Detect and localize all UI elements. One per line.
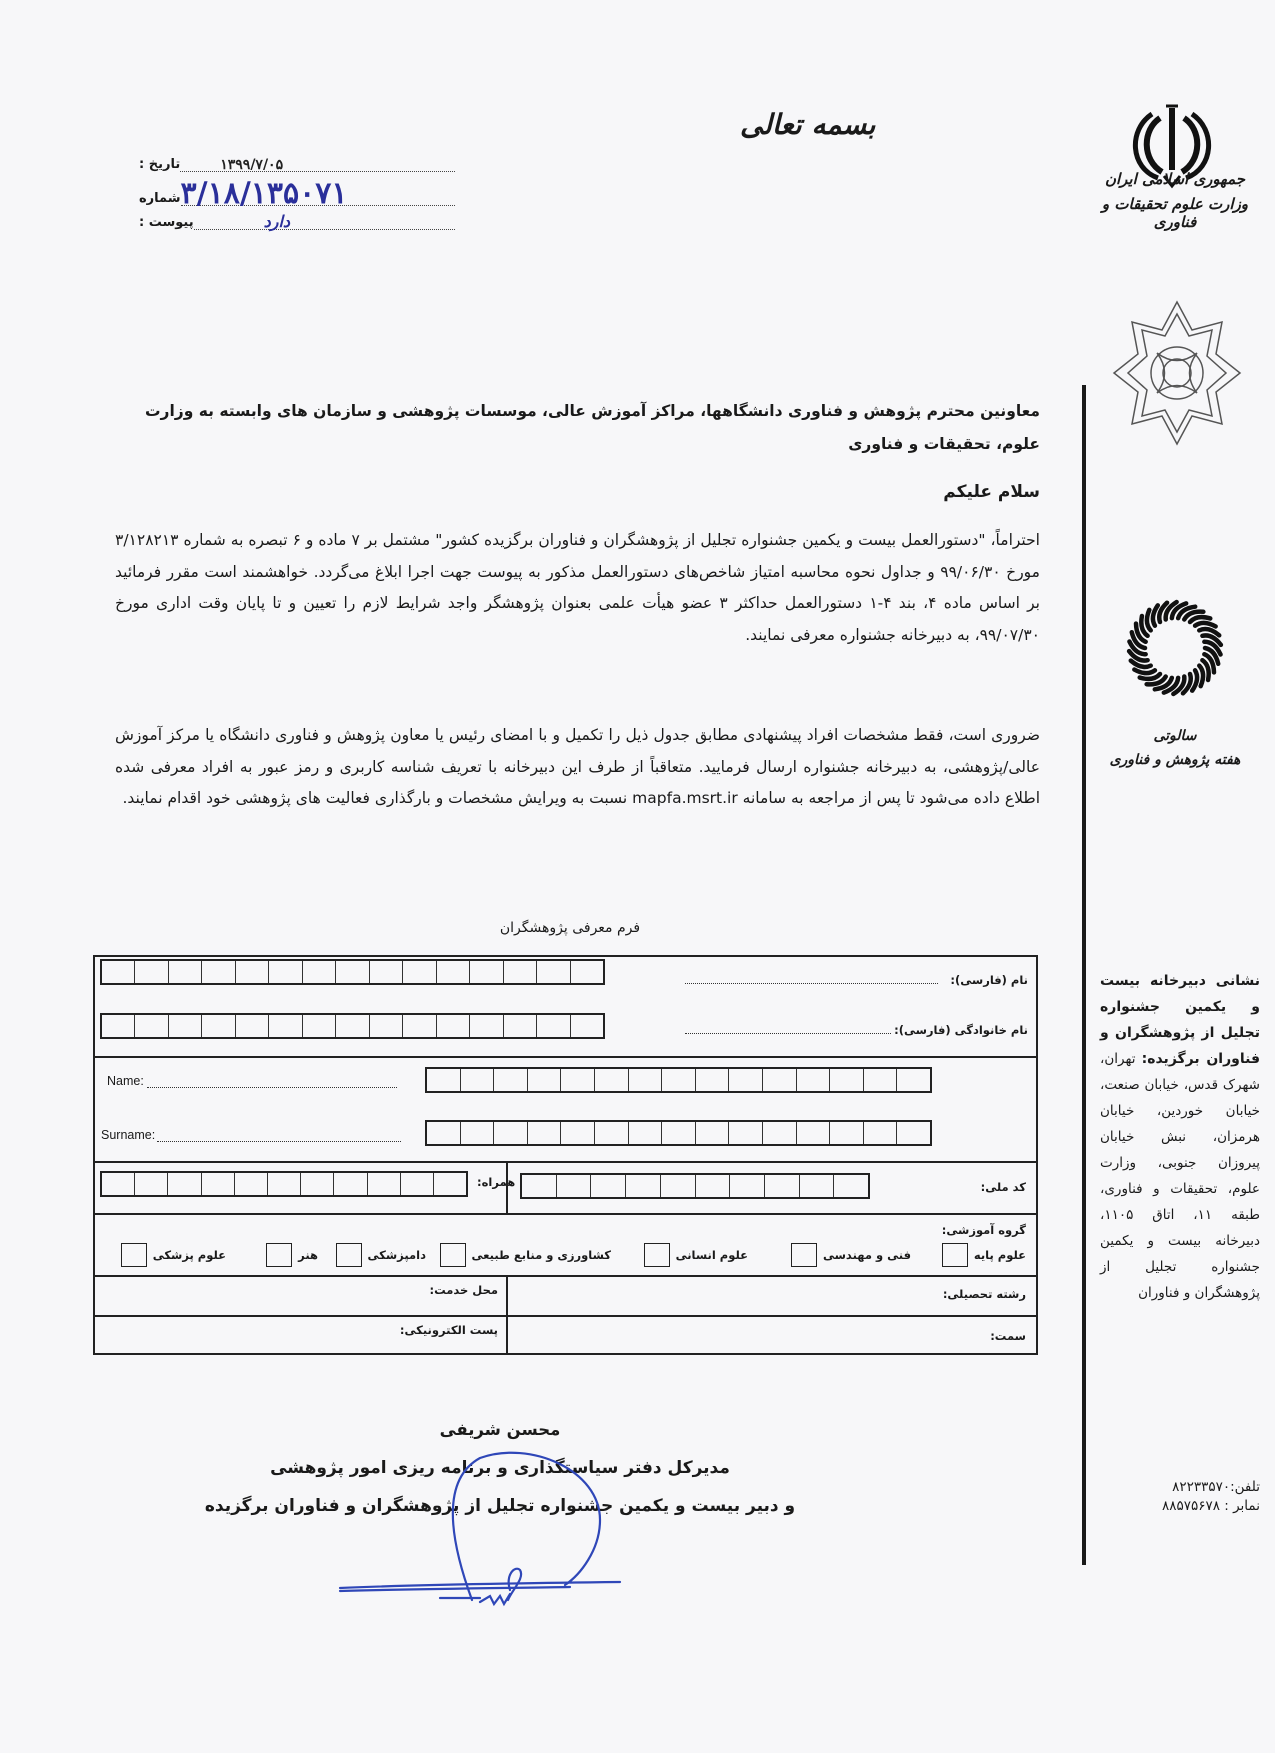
char-box[interactable] — [102, 1173, 135, 1195]
char-box[interactable] — [537, 1015, 570, 1037]
char-box[interactable] — [403, 1015, 436, 1037]
char-box[interactable] — [571, 961, 603, 983]
week-logo-subtitle: هفته پژوهش و فناوری — [1090, 752, 1260, 768]
char-box[interactable] — [303, 961, 336, 983]
char-box[interactable] — [102, 1015, 135, 1037]
char-box[interactable] — [537, 961, 570, 983]
char-box[interactable] — [797, 1069, 831, 1091]
char-box[interactable] — [729, 1122, 763, 1144]
surname-en-label: Surname: — [101, 1128, 155, 1142]
letter-meta: تاریخ : ۱۳۹۹/۷/۰۵ شماره ۳/۱۸/۱۳۵۰۷۱ پیوس… — [135, 148, 455, 230]
char-box[interactable] — [236, 1015, 269, 1037]
char-box[interactable] — [303, 1015, 336, 1037]
char-box[interactable] — [763, 1069, 797, 1091]
gov-name: جمهوری اسلامی ایران — [1090, 170, 1260, 188]
form-section-field-workplace: رشته تحصیلی: محل خدمت: — [95, 1277, 1036, 1317]
char-box[interactable] — [437, 1015, 470, 1037]
checkbox[interactable] — [266, 1243, 292, 1267]
char-box[interactable] — [336, 1015, 369, 1037]
form-title: فرم معرفی پژوهشگران — [100, 920, 1040, 936]
name-en-dotline — [147, 1087, 397, 1088]
mobile-boxes[interactable] — [100, 1171, 468, 1197]
char-box[interactable] — [434, 1173, 466, 1195]
char-box[interactable] — [461, 1122, 495, 1144]
invocation-heading: بسمه تعالی — [740, 108, 875, 141]
checkbox[interactable] — [791, 1243, 817, 1267]
field-of-study-label[interactable]: رشته تحصیلی: — [943, 1287, 1026, 1301]
char-box[interactable] — [268, 1173, 301, 1195]
phone-value: ۸۲۲۳۳۵۷۰ — [1172, 1479, 1230, 1495]
option-label: هنر — [298, 1248, 318, 1262]
group-option-basic-sciences[interactable]: علوم پایه — [942, 1243, 1026, 1267]
date-value: ۱۳۹۹/۷/۰۵ — [220, 157, 283, 173]
char-box[interactable] — [135, 961, 168, 983]
address-body: تهران، شهرک قدس، خیابان صنعت، خیابان خور… — [1100, 1051, 1260, 1301]
char-box[interactable] — [561, 1122, 595, 1144]
form-section-group: گروه آموزشی: علوم پایه فنی و مهندسی علوم… — [95, 1215, 1036, 1277]
char-box[interactable] — [765, 1175, 800, 1197]
char-box[interactable] — [797, 1122, 831, 1144]
surname-en-boxes[interactable] — [425, 1120, 932, 1146]
char-box[interactable] — [834, 1175, 868, 1197]
attachment-value: دارد — [264, 212, 290, 231]
char-box[interactable] — [470, 961, 503, 983]
char-box[interactable] — [370, 1015, 403, 1037]
char-box[interactable] — [461, 1069, 495, 1091]
group-option-humanities[interactable]: علوم انسانی — [644, 1243, 748, 1267]
char-box[interactable] — [236, 961, 269, 983]
workplace-label[interactable]: محل خدمت: — [429, 1283, 498, 1297]
char-box[interactable] — [169, 961, 202, 983]
option-label: کشاورزی و منابع طبیعی — [472, 1248, 611, 1262]
char-box[interactable] — [864, 1122, 898, 1144]
secretariat-address: نشانی دبیرخانه بیست و یکمین جشنواره تجلی… — [1100, 968, 1260, 1306]
char-box[interactable] — [897, 1122, 930, 1144]
char-box[interactable] — [595, 1122, 629, 1144]
contact-numbers: تلفن:۸۲۲۳۳۵۷۰ نمابر : ۸۸۵۷۵۶۷۸ — [1100, 1478, 1260, 1516]
char-box[interactable] — [800, 1175, 835, 1197]
form-section-position-email: سمت: پست الکترونیکی: — [95, 1317, 1036, 1353]
char-box[interactable] — [427, 1069, 461, 1091]
ministry-name: وزارت علوم تحقیقات و فناوری — [1090, 195, 1260, 231]
char-box[interactable] — [437, 961, 470, 983]
email-label[interactable]: پست الکترونیکی: — [400, 1323, 498, 1337]
name-en-label: Name: — [107, 1074, 144, 1088]
signatory-name: محسن شریفی — [200, 1420, 800, 1439]
mobile-label: همراه: — [477, 1175, 515, 1189]
char-box[interactable] — [528, 1122, 562, 1144]
char-box[interactable] — [169, 1015, 202, 1037]
group-option-agriculture[interactable]: کشاورزی و منابع طبیعی — [440, 1243, 611, 1267]
char-box[interactable] — [504, 1015, 537, 1037]
char-box[interactable] — [830, 1069, 864, 1091]
group-option-art[interactable]: هنر — [266, 1243, 318, 1267]
char-box[interactable] — [730, 1175, 765, 1197]
name-en-boxes[interactable] — [425, 1067, 932, 1093]
char-box[interactable] — [591, 1175, 626, 1197]
first-name-fa-dotline — [685, 983, 938, 984]
last-name-fa-label: نام خانوادگی (فارسی): — [894, 1023, 1028, 1037]
date-row: تاریخ : ۱۳۹۹/۷/۰۵ — [135, 148, 455, 172]
last-name-fa-dotline — [685, 1033, 891, 1034]
option-label: علوم پزشکی — [153, 1248, 226, 1262]
form-divider — [506, 1317, 508, 1353]
char-box[interactable] — [626, 1175, 661, 1197]
group-option-engineering[interactable]: فنی و مهندسی — [791, 1243, 911, 1267]
char-box[interactable] — [661, 1175, 696, 1197]
char-box[interactable] — [830, 1122, 864, 1144]
first-name-fa-boxes[interactable] — [100, 959, 605, 985]
paragraph-1: احتراماً، "دستورالعمل بیست و یکمین جشنوا… — [115, 525, 1040, 651]
surname-en-dotline — [157, 1141, 401, 1142]
checkbox[interactable] — [336, 1243, 362, 1267]
phone-label: تلفن: — [1230, 1479, 1260, 1495]
paragraph-2-text-end: نسبت به ویرایش مشخصات و بارگذاری فعالیت … — [122, 789, 627, 807]
char-box[interactable] — [235, 1173, 268, 1195]
number-label: شماره — [139, 191, 181, 206]
char-box[interactable] — [202, 961, 235, 983]
char-box[interactable] — [595, 1069, 629, 1091]
national-code-boxes[interactable] — [520, 1173, 870, 1199]
char-box[interactable] — [504, 961, 537, 983]
char-box[interactable] — [662, 1122, 696, 1144]
char-box[interactable] — [696, 1175, 731, 1197]
option-label: علوم انسانی — [676, 1248, 748, 1262]
char-box[interactable] — [494, 1122, 528, 1144]
char-box[interactable] — [528, 1069, 562, 1091]
addressee: معاونین محترم پژوهش و فناوری دانشگاهها، … — [115, 395, 1040, 461]
first-name-fa-label: نام (فارسی): — [950, 973, 1028, 987]
char-box[interactable] — [629, 1122, 663, 1144]
date-label: تاریخ : — [139, 157, 180, 172]
checkbox[interactable] — [440, 1243, 466, 1267]
number-value: ۳/۱۸/۱۳۵۰۷۱ — [181, 176, 348, 211]
checkbox[interactable] — [644, 1243, 670, 1267]
char-box[interactable] — [336, 961, 369, 983]
char-box[interactable] — [135, 1015, 168, 1037]
char-box[interactable] — [168, 1173, 201, 1195]
char-box[interactable] — [557, 1175, 592, 1197]
form-section-english-names: Name: Surname: — [95, 1058, 1036, 1163]
research-week-ring-icon — [1125, 598, 1225, 698]
char-box[interactable] — [522, 1175, 557, 1197]
position-label[interactable]: سمت: — [990, 1329, 1026, 1343]
char-box[interactable] — [427, 1122, 461, 1144]
sidebar-divider — [1082, 385, 1086, 1565]
char-box[interactable] — [561, 1069, 595, 1091]
fax-value: ۸۸۵۷۵۶۷۸ — [1162, 1498, 1220, 1514]
last-name-fa-boxes[interactable] — [100, 1013, 605, 1039]
char-box[interactable] — [269, 961, 302, 983]
group-option-veterinary[interactable]: دامپزشکی — [336, 1243, 426, 1267]
char-box[interactable] — [135, 1173, 168, 1195]
checkbox[interactable] — [942, 1243, 968, 1267]
char-box[interactable] — [494, 1069, 528, 1091]
char-box[interactable] — [401, 1173, 434, 1195]
char-box[interactable] — [470, 1015, 503, 1037]
char-box[interactable] — [403, 961, 436, 983]
char-box[interactable] — [571, 1015, 603, 1037]
char-box[interactable] — [629, 1069, 663, 1091]
form-section-ids: همراه: کد ملی: — [95, 1163, 1036, 1215]
group-option-medical[interactable]: علوم پزشکی — [121, 1243, 226, 1267]
form-divider — [506, 1277, 508, 1315]
char-box[interactable] — [662, 1069, 696, 1091]
char-box[interactable] — [301, 1173, 334, 1195]
form-section-persian-names: نام (فارسی): نام خانوادگی (فارسی): — [95, 957, 1036, 1058]
char-box[interactable] — [763, 1122, 797, 1144]
attachment-label: پیوست : — [139, 215, 194, 230]
char-box[interactable] — [729, 1069, 763, 1091]
option-label: علوم پایه — [974, 1248, 1026, 1262]
char-box[interactable] — [370, 961, 403, 983]
paragraph-2: ضروری است، فقط مشخصات افراد پیشنهادی مطا… — [115, 720, 1040, 815]
option-label: فنی و مهندسی — [823, 1248, 911, 1262]
greeting: سلام علیکم — [115, 482, 1040, 502]
char-box[interactable] — [269, 1015, 302, 1037]
char-box[interactable] — [202, 1173, 235, 1195]
checkbox[interactable] — [121, 1243, 147, 1267]
char-box[interactable] — [102, 961, 135, 983]
national-code-label: کد ملی: — [981, 1180, 1026, 1194]
number-row: شماره ۳/۱۸/۱۳۵۰۷۱ — [135, 172, 455, 206]
week-logo-text: سالوتی — [1090, 728, 1260, 744]
fax-label: نمابر : — [1224, 1498, 1260, 1514]
char-box[interactable] — [864, 1069, 898, 1091]
char-box[interactable] — [202, 1015, 235, 1037]
option-label: دامپزشکی — [368, 1248, 426, 1262]
form-divider — [506, 1163, 508, 1213]
char-box[interactable] — [368, 1173, 401, 1195]
handwritten-signature-icon — [330, 1440, 650, 1620]
char-box[interactable] — [696, 1069, 730, 1091]
system-url-link[interactable]: mapfa.msrt.ir — [632, 789, 738, 807]
char-box[interactable] — [334, 1173, 367, 1195]
char-box[interactable] — [696, 1122, 730, 1144]
group-label: گروه آموزشی: — [942, 1223, 1026, 1237]
islamic-star-ornament-icon — [1112, 298, 1242, 448]
char-box[interactable] — [897, 1069, 930, 1091]
researcher-form: نام (فارسی): نام خانوادگی (فارسی): Name:… — [93, 955, 1038, 1355]
